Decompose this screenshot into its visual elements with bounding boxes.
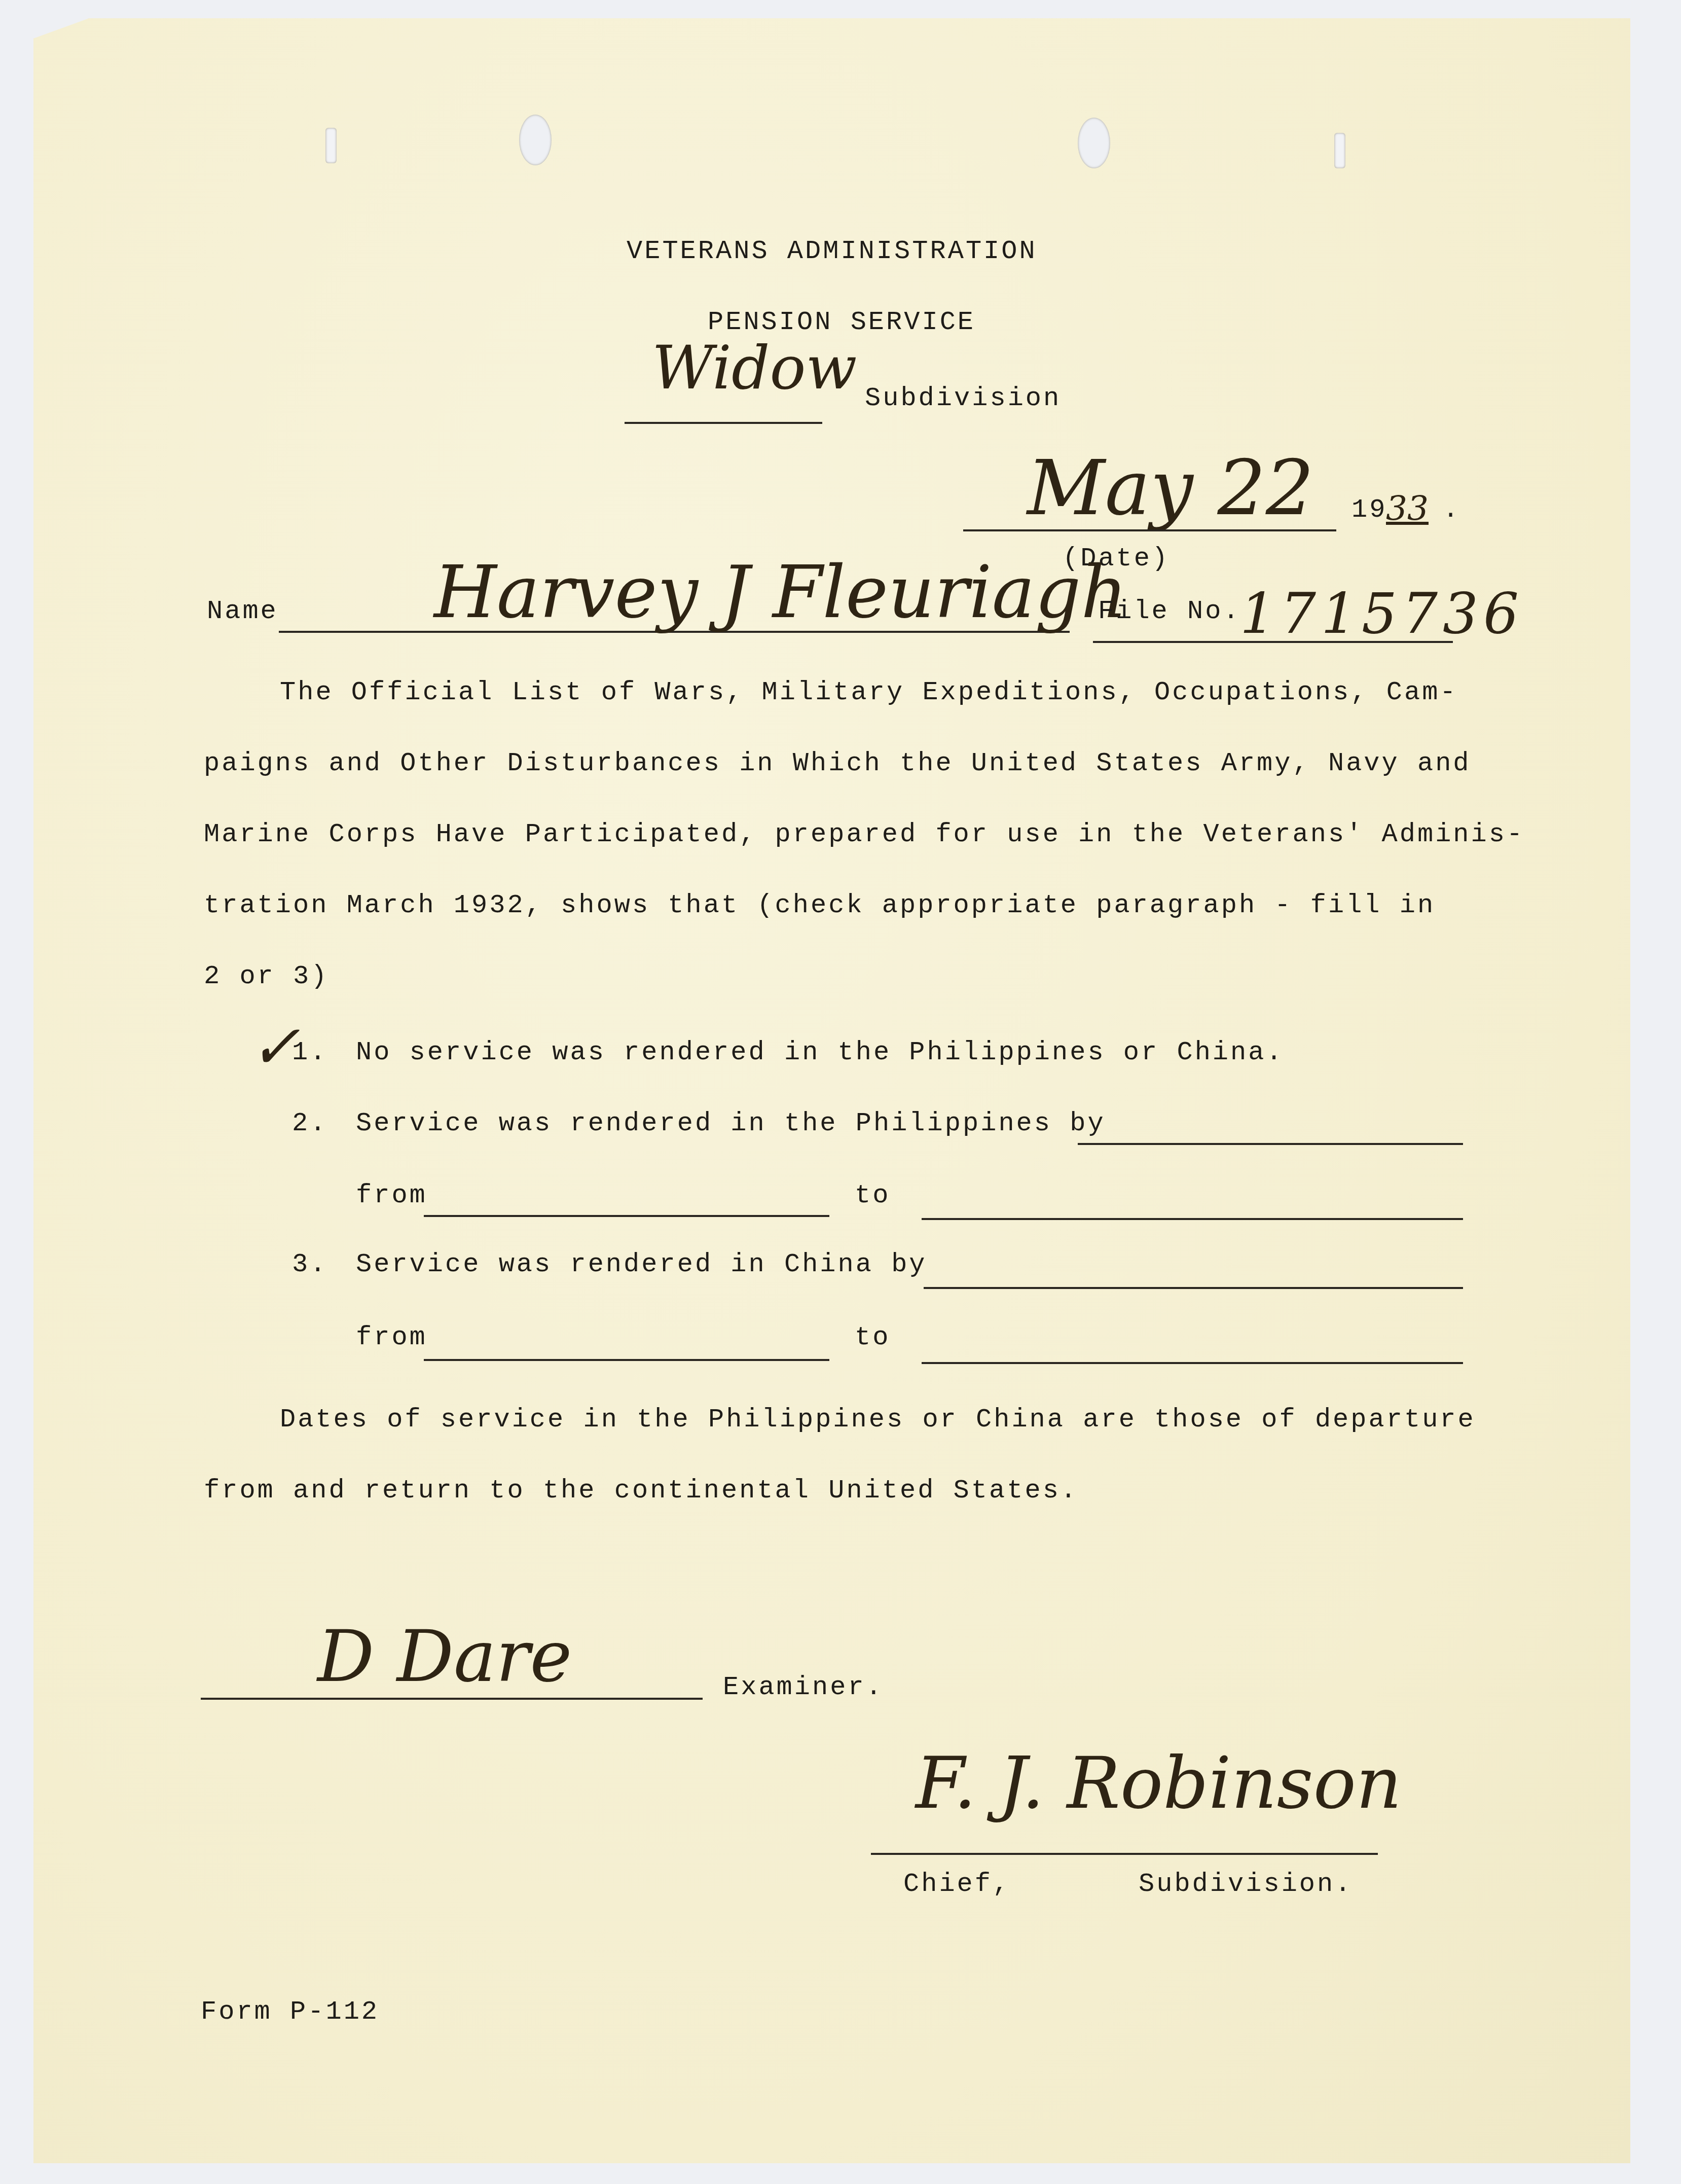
agency-heading: VETERANS ADMINISTRATION: [627, 236, 1037, 266]
option-2-text: Service was rendered in the Philippines …: [356, 1108, 1106, 1138]
subdivision-handwritten: Widow: [652, 333, 857, 403]
note-line-2: from and return to the continental Unite…: [204, 1455, 1476, 1526]
option-3-from-field[interactable]: [424, 1359, 829, 1361]
document-page: VETERANS ADMINISTRATION PENSION SERVICE …: [33, 18, 1630, 2163]
date-year-period: .: [1443, 495, 1460, 525]
chief-subdivision-label: Subdivision.: [1139, 1869, 1353, 1899]
body-line-1: The Official List of Wars, Military Expe…: [204, 657, 1524, 728]
file-number-label: File No.: [1098, 596, 1241, 626]
name-value: Harvey J Fleuriagh: [434, 551, 1127, 634]
examiner-signature-line[interactable]: [201, 1698, 703, 1700]
form-number: Form P-112: [201, 1997, 379, 2027]
dates-note: Dates of service in the Philippines or C…: [204, 1384, 1476, 1526]
punch-hole-left: [519, 115, 552, 165]
date-handwritten: May 22: [1027, 444, 1314, 532]
date-year-suffix: 33: [1386, 489, 1429, 528]
subdivision-underline: [625, 422, 822, 424]
chief-signature-line[interactable]: [871, 1853, 1378, 1855]
option-3-from-label: from: [356, 1322, 427, 1352]
option-3-by-field[interactable]: [924, 1287, 1463, 1289]
body-line-2: paigns and Other Disturbances in Which t…: [204, 728, 1524, 799]
option-2-number: 2.: [292, 1108, 327, 1138]
punch-hole-right: [1078, 118, 1110, 168]
name-label: Name: [207, 596, 278, 626]
body-paragraph: The Official List of Wars, Military Expe…: [204, 657, 1524, 1012]
option-2-to-label: to: [855, 1180, 890, 1210]
chief-signature: F. J. Robinson: [916, 1742, 1402, 1825]
examiner-label: Examiner.: [723, 1672, 884, 1702]
option-2-to-field[interactable]: [922, 1218, 1463, 1220]
option-3-number: 3.: [292, 1249, 327, 1279]
torn-punch-hole-left: [325, 128, 337, 163]
option-1-number: 1.: [292, 1037, 327, 1067]
option-2-by-field[interactable]: [1078, 1143, 1463, 1145]
file-number-underline: [1093, 641, 1453, 643]
date-year-prefix: 19: [1351, 495, 1387, 525]
date-underline: [963, 529, 1336, 531]
option-1-text: No service was rendered in the Philippin…: [356, 1037, 1284, 1067]
body-line-3: Marine Corps Have Participated, prepared…: [204, 799, 1524, 870]
chief-label: Chief,: [903, 1869, 1010, 1899]
option-3-text: Service was rendered in China by: [356, 1249, 927, 1279]
note-line-1: Dates of service in the Philippines or C…: [204, 1384, 1476, 1455]
body-line-4: tration March 1932, shows that (check ap…: [204, 870, 1524, 941]
body-line-5: 2 or 3): [204, 941, 1524, 1012]
option-3-to-label: to: [855, 1322, 890, 1352]
file-number-value: 1715736: [1240, 581, 1524, 646]
torn-punch-hole-right: [1334, 133, 1345, 168]
subdivision-label: Subdivision: [865, 383, 1061, 413]
option-2-from-label: from: [356, 1180, 427, 1210]
option-2-from-field[interactable]: [424, 1215, 829, 1217]
option-3-to-field[interactable]: [922, 1362, 1463, 1364]
examiner-signature: D Dare: [317, 1616, 572, 1698]
